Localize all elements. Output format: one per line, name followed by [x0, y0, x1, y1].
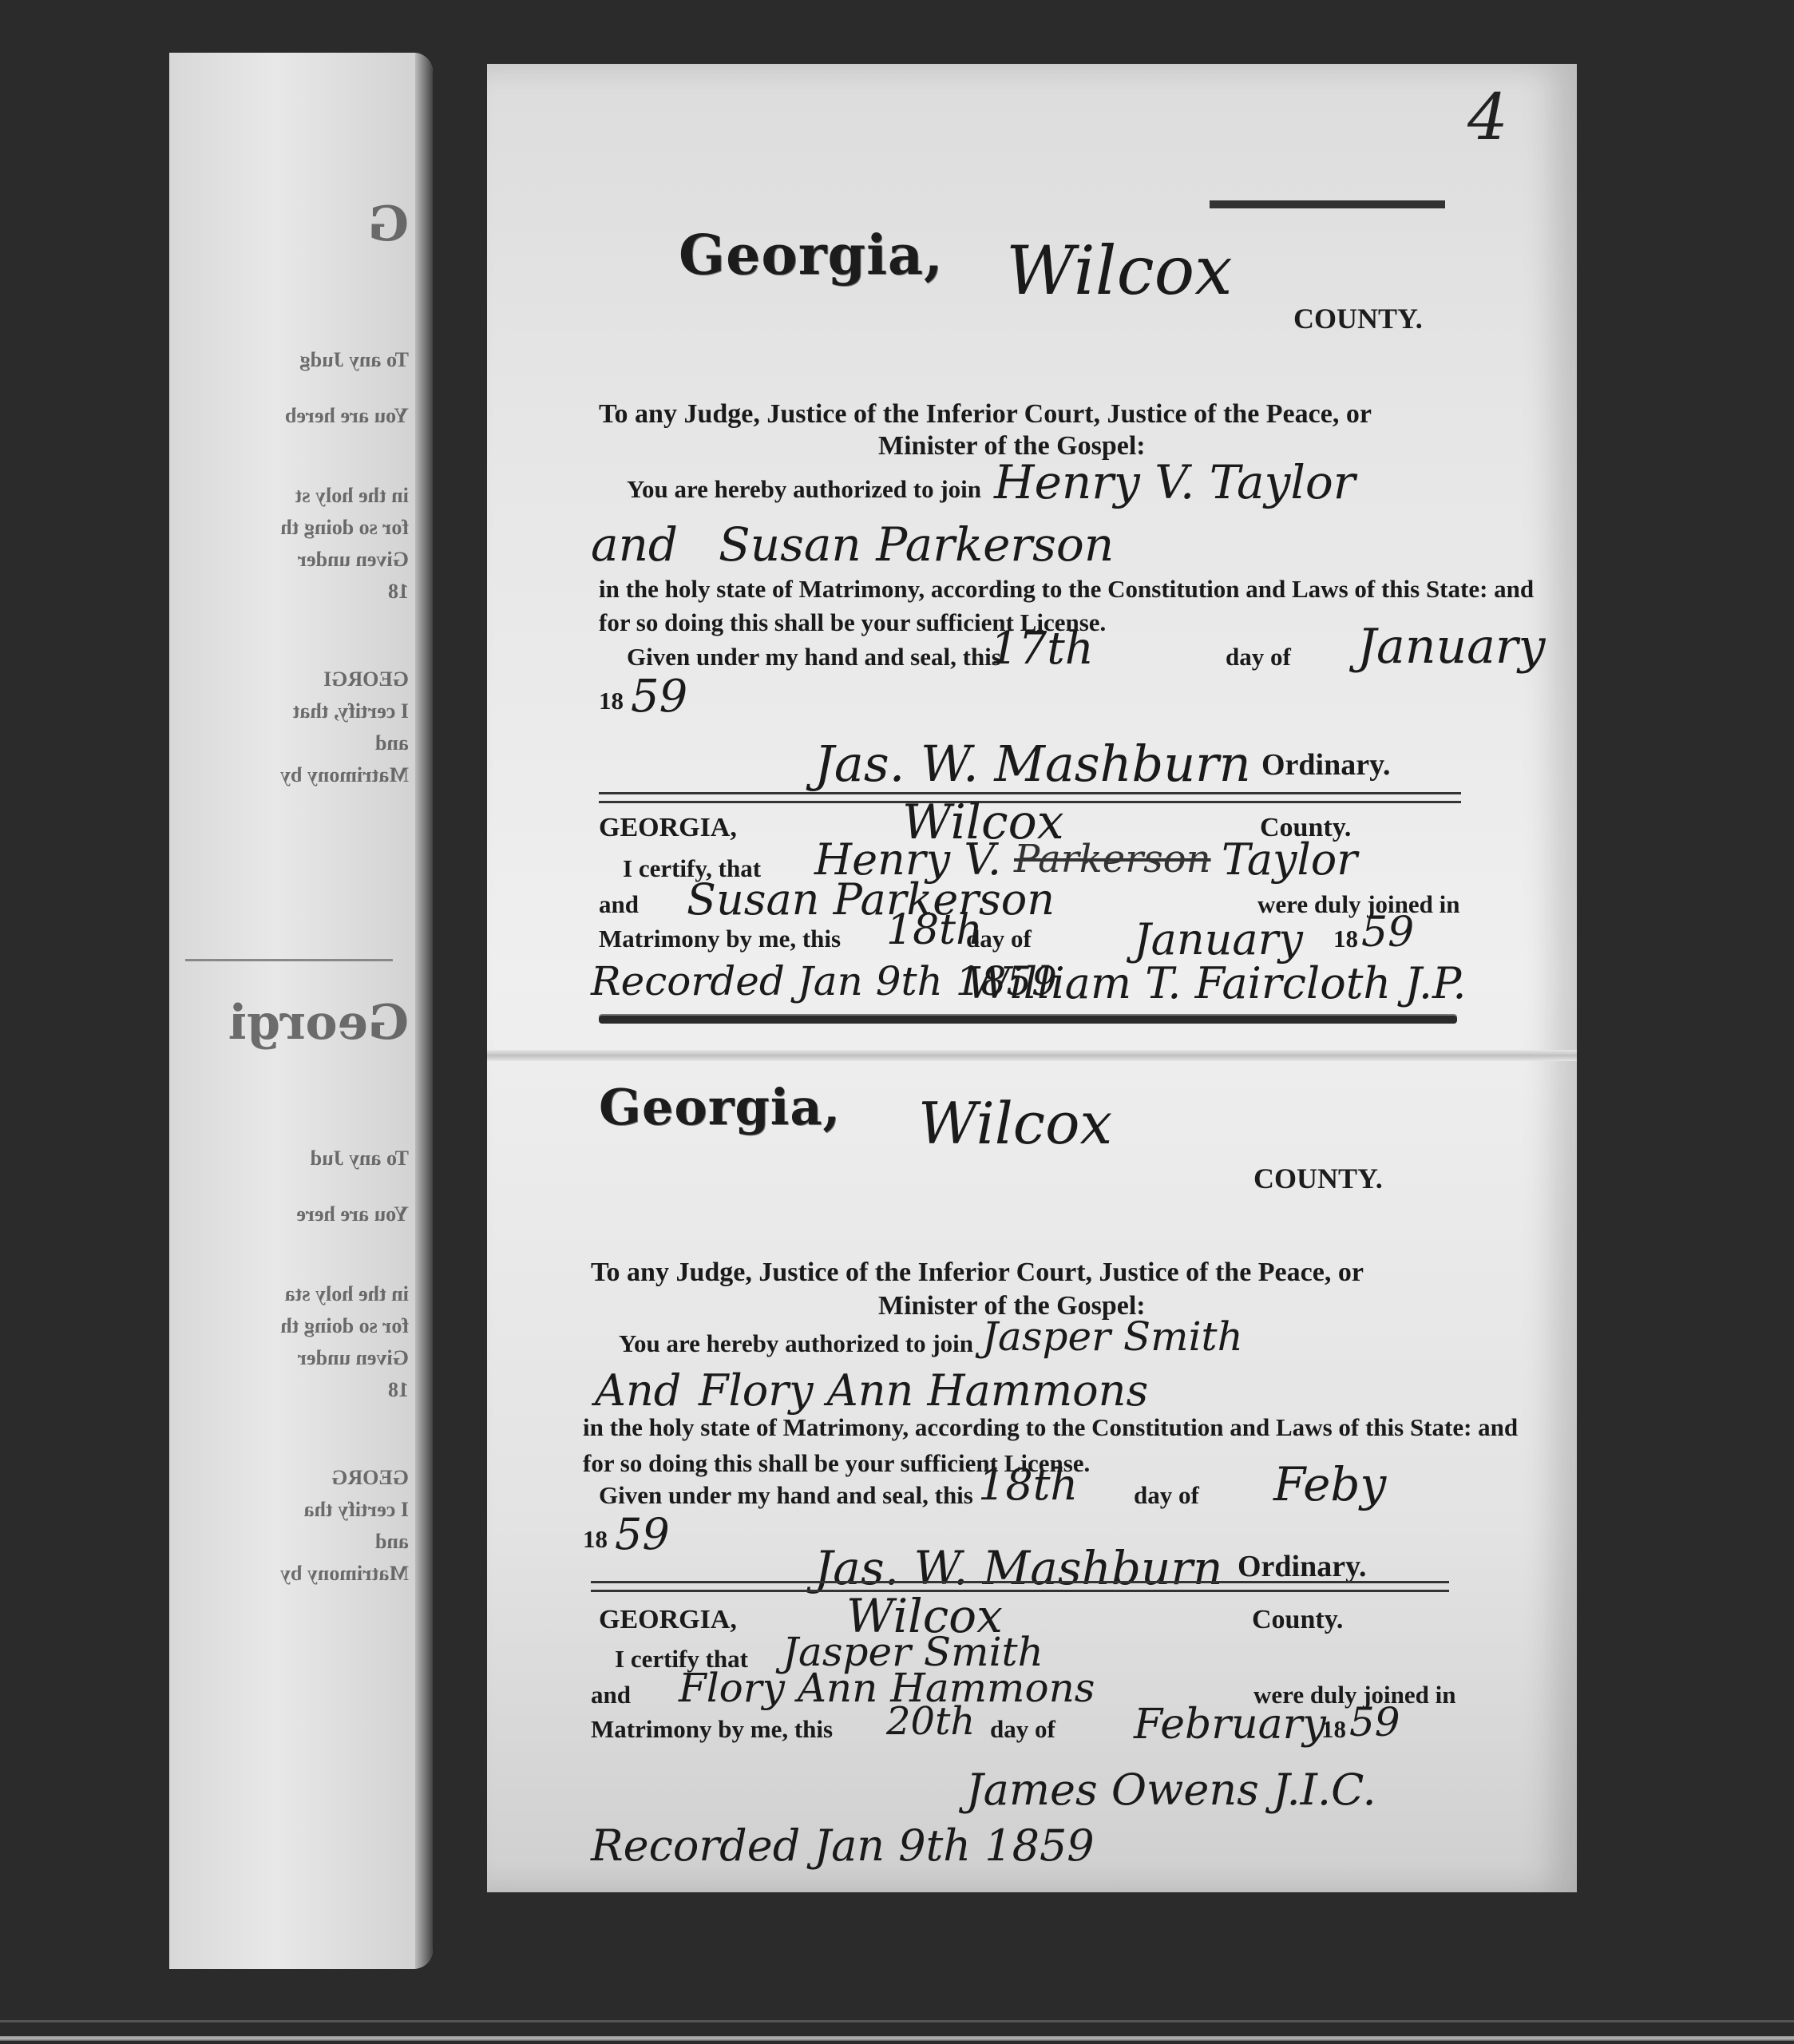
certificate-month: January — [1134, 914, 1303, 965]
page-fold — [487, 1050, 1577, 1061]
authorize-label: You are hereby authorized to join — [619, 1329, 973, 1358]
ordinary-label: Ordinary. — [1261, 747, 1391, 782]
page-number: 4 — [1467, 80, 1508, 154]
mirror-divider — [185, 959, 393, 961]
certificate-state-label: GEORGIA, — [599, 1605, 737, 1635]
given-month: Feby — [1273, 1457, 1386, 1511]
mirror-title: G — [169, 196, 409, 252]
mirror-line: in the holy sta — [169, 1282, 409, 1306]
certificate-groom-surname: Taylor — [1222, 834, 1357, 885]
body-text: in the holy state of Matrimony, accordin… — [583, 1413, 1518, 1442]
body-text: in the holy state of Matrimony, accordin… — [599, 575, 1534, 604]
scan-artifact-line — [0, 2036, 1794, 2041]
bride-name: Flory Ann Hammons — [699, 1365, 1148, 1416]
certificate-bride: Susan Parkerson — [687, 874, 1055, 925]
mirror-line: and — [169, 1530, 409, 1554]
ordinary-signature: Jas. W. Mashburn — [814, 735, 1251, 793]
section-end-rule — [599, 1016, 1457, 1024]
and-word: And — [595, 1365, 681, 1416]
county-label: COUNTY. — [1253, 1162, 1383, 1195]
officiant-signature: William T. Faircloth J.P. — [966, 958, 1467, 1008]
day-of-label: day of — [966, 925, 1032, 953]
mirror-line: To any Judg — [169, 348, 409, 372]
section-divider — [591, 1581, 1449, 1592]
mirror-line: 18 — [169, 1378, 409, 1402]
mirror-line: GEORG — [169, 1466, 409, 1490]
mirror-form-upper: G To any Judg You are hereb in the holy … — [169, 196, 409, 795]
matrimony-label: Matrimony by me, this — [599, 925, 841, 953]
year-prefix: 18 — [1321, 1715, 1346, 1744]
county-handwritten: Wilcox — [918, 1090, 1112, 1157]
scan-artifact-line — [0, 2020, 1794, 2022]
state-title: Georgia, — [679, 224, 944, 287]
recorded-note: Recorded Jan 9th 1859 — [591, 1820, 1095, 1871]
given-label: Given under my hand and seal, this — [599, 1481, 973, 1510]
day-of-label: day of — [1134, 1481, 1199, 1510]
mirror-line: 18 — [169, 580, 409, 604]
year-prefix: 18 — [599, 687, 624, 715]
year-prefix: 18 — [1333, 925, 1358, 953]
officiant-signature: James Owens J.I.C. — [966, 1765, 1376, 1815]
and-word: and — [591, 517, 678, 572]
book-spine — [415, 53, 433, 1969]
mirror-line: for so doing th — [169, 516, 409, 540]
mirror-line: in the holy st — [169, 484, 409, 508]
county-handwritten: Wilcox — [1006, 232, 1233, 310]
address-line: To any Judge, Justice of the Inferior Co… — [591, 1258, 1364, 1288]
mirror-line: Given under — [169, 1346, 409, 1370]
certificate-state-label: GEORGIA, — [599, 813, 737, 843]
groom-name: Henry V. Taylor — [994, 455, 1356, 509]
county-label: COUNTY. — [1293, 302, 1423, 335]
document-page: 4 Georgia, Wilcox COUNTY. To any Judge, … — [487, 64, 1577, 1892]
and-label: and — [591, 1681, 631, 1709]
ordinary-label: Ordinary. — [1238, 1549, 1367, 1584]
and-label: and — [599, 890, 639, 919]
year-suffix: 59 — [1349, 1699, 1400, 1745]
state-title: Georgia, — [599, 1078, 841, 1136]
mirror-form-lower: Georgi To any Jud You are here in the ho… — [169, 995, 409, 1594]
mirror-line: Matrimony by — [169, 1562, 409, 1586]
mirror-line: and — [169, 731, 409, 755]
year-suffix: 59 — [1361, 909, 1414, 957]
address-line: To any Judge, Justice of the Inferior Co… — [599, 399, 1372, 430]
certificate-county-label: County. — [1252, 1605, 1343, 1635]
mirror-line: GEORGI — [169, 667, 409, 691]
groom-name: Jasper Smith — [982, 1313, 1243, 1360]
given-day: 17th — [990, 623, 1094, 675]
bride-name: Susan Parkerson — [719, 517, 1114, 572]
mirror-line: You are hereb — [169, 404, 409, 428]
mirror-line: I certify, that — [169, 699, 409, 723]
day-of-label: day of — [990, 1715, 1055, 1744]
mirror-line: You are here — [169, 1202, 409, 1226]
given-month: January — [1357, 619, 1545, 675]
year-prefix: 18 — [583, 1525, 608, 1554]
year-suffix: 59 — [631, 671, 687, 723]
mirror-line: To any Jud — [169, 1147, 409, 1171]
mirror-line: for so doing th — [169, 1314, 409, 1338]
day-of-label: day of — [1226, 643, 1291, 671]
year-suffix: 59 — [615, 1509, 670, 1559]
given-label: Given under my hand and seal, this — [627, 643, 1001, 671]
mirror-line: I certify tha — [169, 1498, 409, 1522]
certificate-month: February — [1134, 1701, 1326, 1749]
mirror-title: Georgi — [169, 995, 409, 1051]
mirror-line: Given under — [169, 548, 409, 572]
left-facing-page: G To any Judg You are hereb in the holy … — [169, 53, 433, 1969]
printer-mark — [1210, 200, 1445, 208]
given-day: 18th — [978, 1460, 1078, 1510]
authorize-label: You are hereby authorized to join — [627, 475, 981, 504]
matrimony-label: Matrimony by me, this — [591, 1715, 833, 1744]
certificate-day: 20th — [886, 1699, 975, 1744]
mirror-line: Matrimony by — [169, 763, 409, 787]
